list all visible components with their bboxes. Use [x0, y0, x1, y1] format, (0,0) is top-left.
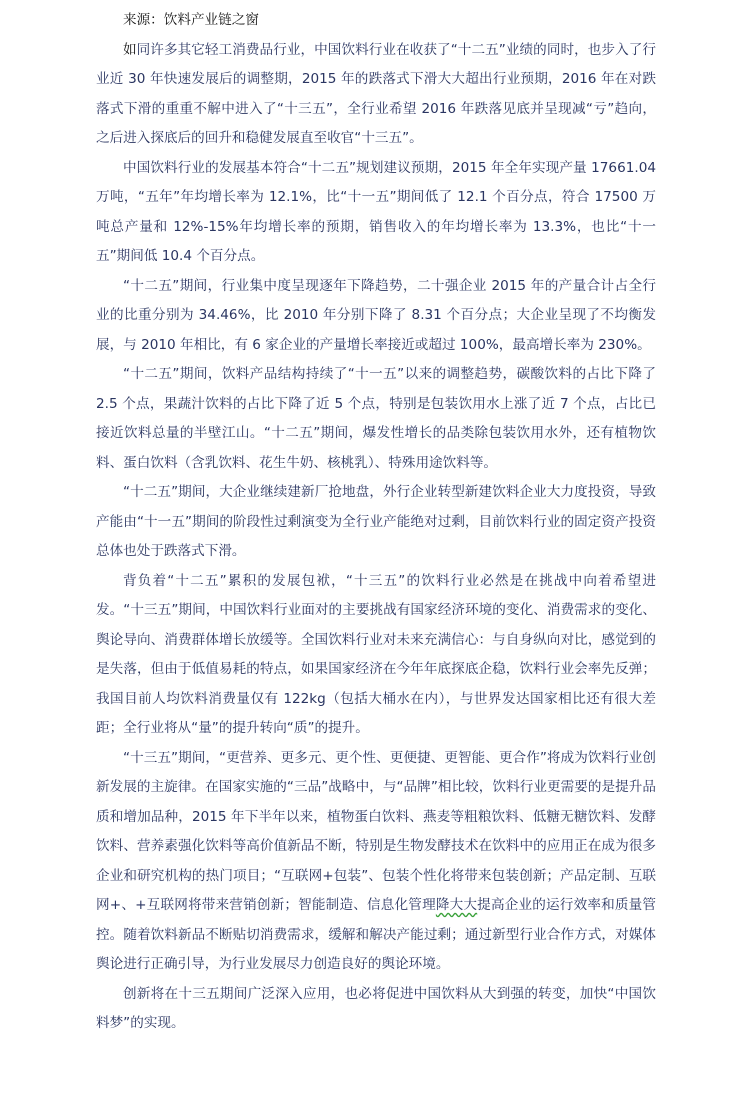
paragraph-1: 如同许多其它轻工消费品行业，中国饮料行业在收获了“十二五”业绩的同时，也步入了行… — [96, 36, 656, 154]
paragraph-2: 中国饮料行业的发展基本符合“十二五”规划建议预期，2015 年全年实现产量 17… — [96, 154, 656, 272]
article-body: 来源：饮料产业链之窗 如同许多其它轻工消费品行业，中国饮料行业在收获了“十二五”… — [96, 6, 656, 1039]
paragraph-6: 背负着“十二五”累积的发展包袱，“十三五”的饮料行业必然是在挑战中向着希望进发。… — [96, 567, 656, 744]
paragraph-5: “十二五”期间，大企业继续建新厂抢地盘，外行企业转型新建饮料企业大力度投资，导致… — [96, 478, 656, 567]
paragraph-8: 创新将在十三五期间广泛深入应用，也必将促进中国饮料从大到强的转变，加快“中国饮料… — [96, 980, 656, 1039]
paragraph-3: “十二五”期间，行业集中度呈现逐年下降趋势，二十强企业 2015 年的产量合计占… — [96, 272, 656, 361]
paragraph-text: 同许多其它轻工消费品行业，中国饮料行业在收获了“十二五”业绩的同时，也步入了行业… — [96, 42, 656, 147]
spellcheck-flagged-text[interactable]: 降大大 — [436, 897, 477, 913]
paragraph-7: “十三五”期间，“更营养、更多元、更个性、更便捷、更智能、更合作”将成为饮料行业… — [96, 744, 656, 980]
source-line: 来源：饮料产业链之窗 — [96, 6, 656, 36]
paragraph-text: “十三五”期间，“更营养、更多元、更个性、更便捷、更智能、更合作”将成为饮料行业… — [96, 750, 656, 914]
paragraph-4: “十二五”期间，饮料产品结构持续了“十一五”以来的调整趋势，碳酸饮料的占比下降了… — [96, 360, 656, 478]
first-character: 如 — [123, 42, 137, 58]
